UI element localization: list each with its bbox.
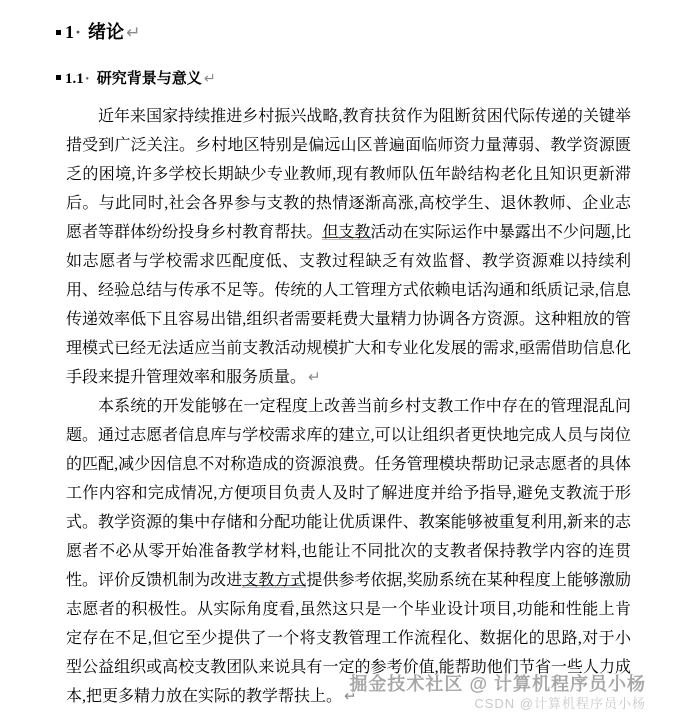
paragraph-mark-icon: ↵ — [308, 368, 321, 386]
space-format-mark: · — [75, 22, 81, 42]
paragraph-mark-icon: ↵ — [126, 23, 140, 43]
paragraph-mark-icon: ↵ — [204, 71, 216, 87]
space-format-mark: · — [85, 71, 90, 87]
heading-chapter-1[interactable]: 1·绪论↵ — [66, 0, 631, 45]
outline-square-icon — [56, 75, 61, 80]
paragraph-mark-icon: ↵ — [344, 687, 357, 705]
grammar-check-underline: 支教方式 — [242, 572, 306, 589]
heading-number: 1.1 — [65, 71, 84, 87]
heading-title: 绪论 — [88, 22, 124, 42]
grammar-check-underline: 但支教 — [322, 224, 370, 241]
heading-title: 研究背景与意义 — [97, 71, 202, 87]
heading-number: 1 — [65, 22, 74, 42]
document-page: 1·绪论↵ 1.1·研究背景与意义↵ 近年来国家持续推进乡村振兴战略,教育扶贫作… — [0, 0, 688, 714]
body-paragraph[interactable]: 近年来国家持续推进乡村振兴战略,教育扶贫作为阻断贫困代际传递的关键举措受到广泛关… — [66, 102, 631, 392]
body-paragraph[interactable]: 本系统的开发能够在一定程度上改善当前乡村支教工作中存在的管理混乱问题。通过志愿者… — [66, 392, 631, 711]
outline-square-icon — [56, 30, 61, 35]
heading-section-1-1[interactable]: 1.1·研究背景与意义↵ — [66, 69, 631, 89]
